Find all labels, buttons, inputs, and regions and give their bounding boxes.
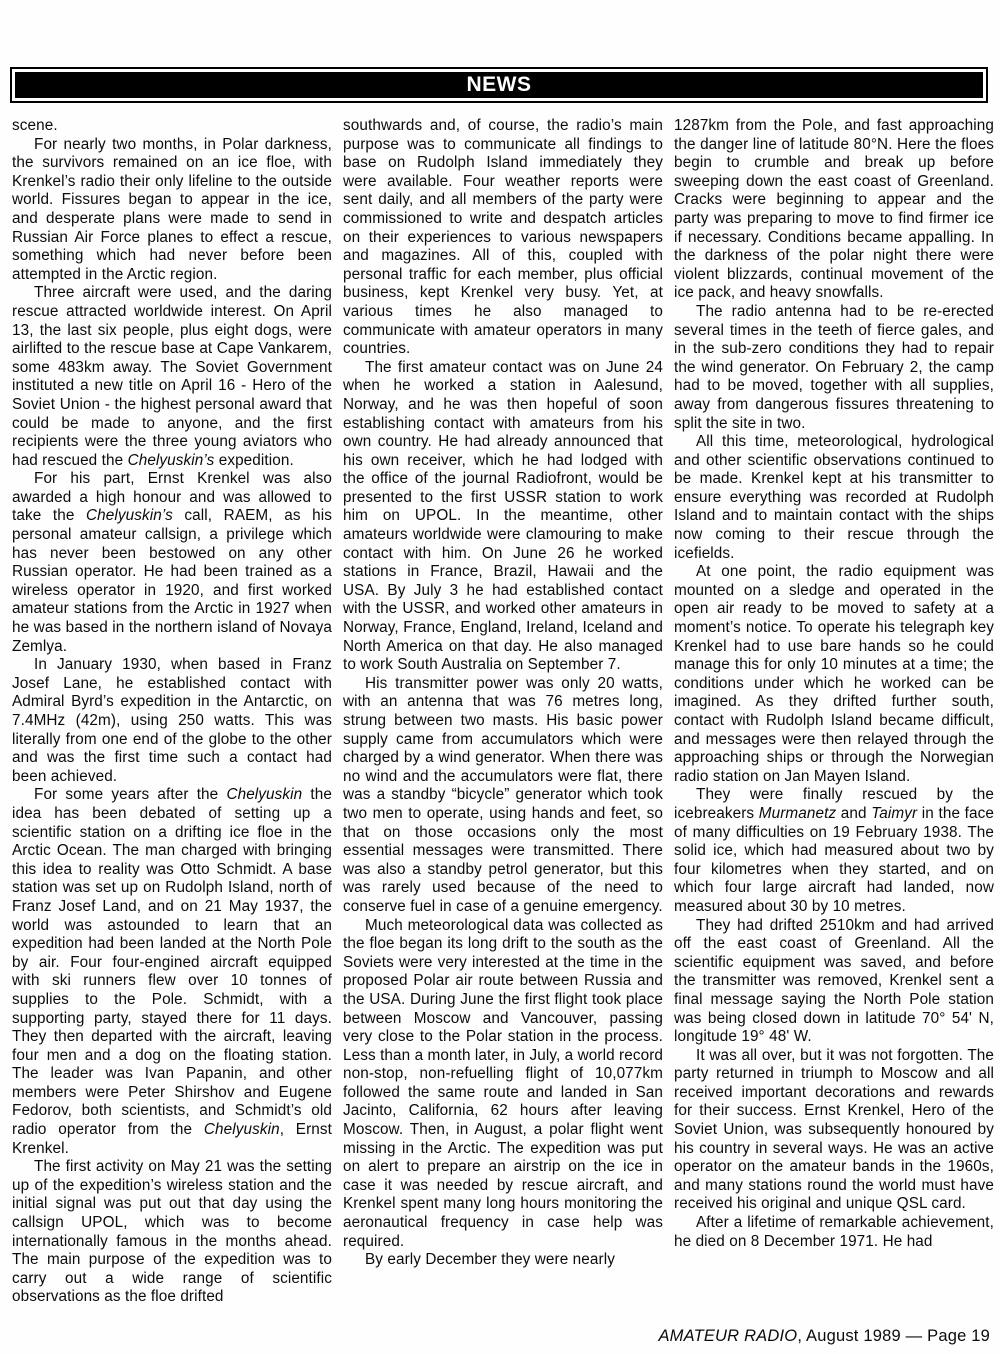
news-header: NEWS [10, 67, 988, 103]
text-run: They had drifted 2510km and had arrived … [674, 917, 994, 1046]
page-footer: AMATEUR RADIO, August 1989 — Page 19 [658, 1327, 990, 1346]
article-columns: scene.For nearly two months, in Polar da… [12, 117, 995, 1307]
text-run: and [836, 805, 871, 822]
paragraph: They were finally rescued by the icebrea… [674, 786, 994, 916]
text-run: southwards and, of course, the radio’s m… [343, 117, 663, 357]
text-run: All this time, meteorological, hydrologi… [674, 433, 994, 562]
article-column-1: scene.For nearly two months, in Polar da… [12, 117, 332, 1307]
text-run: In January 1930, when based in Franz Jos… [12, 656, 332, 785]
text-run: For nearly two months, in Polar darkness… [12, 136, 332, 283]
journal-title: AMATEUR RADIO [658, 1327, 797, 1345]
text-run: The first activity on May 21 was the set… [12, 1158, 332, 1305]
paragraph: Much meteorological data was collected a… [343, 917, 663, 1252]
italic-text-run: Murmanetz [759, 805, 836, 822]
paragraph: After a lifetime of remarkable achieveme… [674, 1214, 994, 1251]
text-run: It was all over, but it was not forgotte… [674, 1047, 994, 1213]
text-run: scene. [12, 117, 58, 134]
text-run: Three aircraft were used, and the daring… [12, 284, 332, 468]
footer-issue-text: , August 1989 — Page 19 [797, 1327, 990, 1345]
text-run: For some years after the [34, 786, 226, 803]
italic-text-run: Chelyuskin’s [128, 452, 215, 469]
paragraph: 1287km from the Pole, and fast approachi… [674, 117, 994, 303]
paragraph: His transmitter power was only 20 watts,… [343, 675, 663, 917]
text-run: call, RAEM, as his personal amateur call… [12, 507, 332, 654]
paragraph: By early December they were nearly [343, 1251, 663, 1270]
paragraph: Three aircraft were used, and the daring… [12, 284, 332, 470]
italic-text-run: Taimyr [871, 805, 917, 822]
paragraph: scene. [12, 117, 332, 136]
text-run: the idea has been debated of setting up … [12, 786, 332, 1138]
article-column-3: 1287km from the Pole, and fast approachi… [674, 117, 994, 1307]
paragraph: All this time, meteorological, hydrologi… [674, 433, 994, 563]
paragraph: southwards and, of course, the radio’s m… [343, 117, 663, 359]
paragraph: For his part, Ernst Krenkel was also awa… [12, 470, 332, 656]
news-header-bar: NEWS [15, 72, 983, 98]
text-run: After a lifetime of remarkable achieveme… [674, 1214, 994, 1250]
paragraph: For nearly two months, in Polar darkness… [12, 136, 332, 285]
text-run: Much meteorological data was collected a… [343, 917, 663, 1250]
paragraph: In January 1930, when based in Franz Jos… [12, 656, 332, 786]
italic-text-run: Chelyuskin [226, 786, 302, 803]
magazine-page: NEWS scene.For nearly two months, in Pol… [0, 0, 1000, 1355]
text-run: At one point, the radio equipment was mo… [674, 563, 994, 785]
paragraph: At one point, the radio equipment was mo… [674, 563, 994, 786]
text-run: The radio antenna had to be re-erected s… [674, 303, 994, 432]
text-run: His transmitter power was only 20 watts,… [343, 675, 663, 915]
page-title: NEWS [467, 73, 532, 97]
paragraph: The first activity on May 21 was the set… [12, 1158, 332, 1307]
paragraph: The first amateur contact was on June 24… [343, 359, 663, 675]
paragraph: It was all over, but it was not forgotte… [674, 1047, 994, 1214]
italic-text-run: Chelyuskin [204, 1121, 280, 1138]
text-run: The first amateur contact was on June 24… [343, 359, 663, 674]
paragraph: The radio antenna had to be re-erected s… [674, 303, 994, 433]
paragraph: For some years after the Chelyuskin the … [12, 786, 332, 1158]
text-run: expedition. [214, 452, 293, 469]
text-run: 1287km from the Pole, and fast approachi… [674, 117, 994, 301]
paragraph: They had drifted 2510km and had arrived … [674, 917, 994, 1047]
article-column-2: southwards and, of course, the radio’s m… [343, 117, 663, 1307]
text-run: By early December they were nearly [365, 1251, 615, 1268]
italic-text-run: Chelyuskin’s [86, 507, 173, 524]
